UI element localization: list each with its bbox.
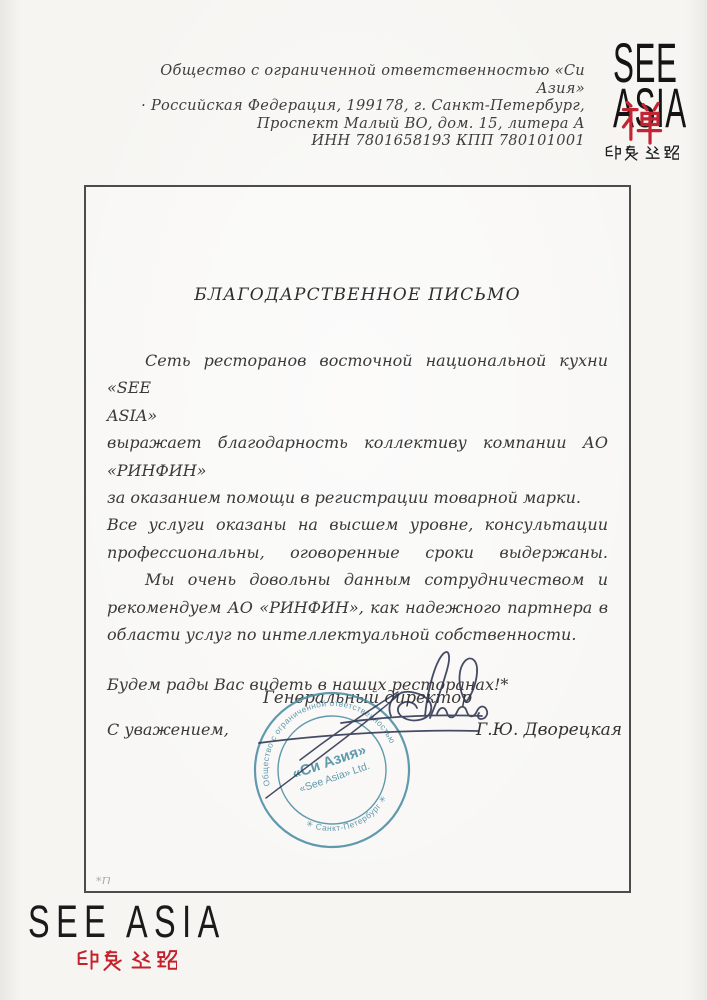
silk-road-characters-bottom-icon [74, 948, 177, 973]
body-line: Все услуги оказаны на высшем уровне, кон… [107, 511, 608, 538]
header-line-company: Общество с ограниченной ответственностью… [115, 62, 585, 97]
body-line: рекомендуем АО «РИНФИН», как надежного п… [107, 594, 608, 621]
letter-body: Сеть ресторанов восточной национальной к… [107, 347, 608, 648]
body-line: Мы очень довольны данным сотрудничеством… [107, 566, 608, 593]
signatory-name: Г.Ю. Дворецкая [476, 720, 622, 740]
body-line: профессиональны, оговоренные сроки выдер… [107, 539, 608, 566]
company-header: Общество с ограниченной ответственностью… [115, 62, 585, 150]
see-asia-logo-top: SEE ASIA 禅 印象丝路 [591, 40, 691, 162]
company-stamp: Общество с ограниченной ответственностью… [247, 678, 417, 864]
svg-text:✳ Санкт-Петербург ✳: ✳ Санкт-Петербург ✳ [302, 791, 394, 844]
logo-bottom-word: SEE ASIA [28, 901, 226, 943]
zen-character-icon [621, 95, 663, 149]
body-line: области услуг по интеллектуальной собств… [107, 621, 608, 648]
header-line-address: Проспект Малый ВО, дом. 15, литера А [115, 115, 585, 133]
footnote-fragment: *П · · 2020 · [96, 875, 110, 884]
stamp-city-text: ✳ Санкт-Петербург ✳ [302, 791, 394, 844]
header-line-inn-kpp: ИНН 7801658193 КПП 780101001 [115, 132, 585, 150]
letter-title: БЛАГОДАРСТВЕННОЕ ПИСЬМО [86, 285, 629, 305]
body-line: выражает благодарность коллективу компан… [107, 429, 608, 484]
header-line-country: · Российская Федерация, 199178, г. Санкт… [115, 97, 585, 115]
see-asia-logo-bottom: SEE ASIA 印象丝路 [28, 901, 303, 973]
body-line: ASIA» [107, 402, 608, 429]
body-line: за оказанием помощи в регистрации товарн… [107, 484, 608, 511]
body-line: Сеть ресторанов восточной национальной к… [107, 347, 608, 402]
